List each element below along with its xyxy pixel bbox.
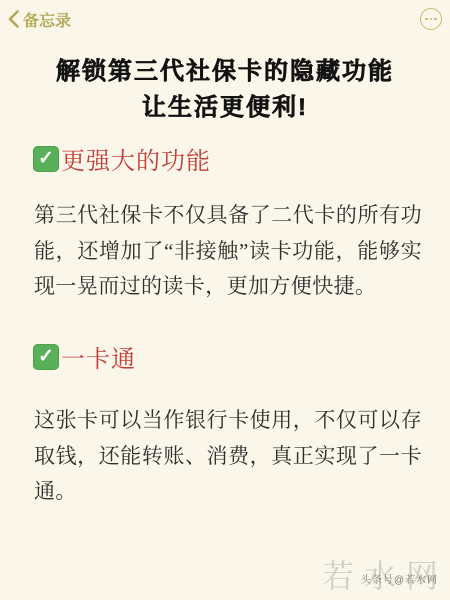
ellipsis-more-icon — [425, 18, 437, 21]
note-title-line2: 让生活更便利! — [0, 90, 450, 126]
section-heading-label: 更强大的功能 — [61, 141, 211, 176]
section-body-all-in-one-card: 这张卡可以当作银行卡使用，不仅可以存取钱，还能转账、消费，真正实现了一卡通。 — [34, 403, 422, 510]
note-title: 解锁第三代社保卡的隐藏功能 让生活更便利! — [0, 54, 450, 126]
nav-bar: 备忘录 — [8, 6, 442, 32]
back-button[interactable]: 备忘录 — [8, 8, 71, 31]
checkmark-icon: ✓ — [33, 344, 59, 370]
section-body-features: 第三代社保卡不仅具备了二代卡的所有功能，还增加了“非接触”读卡功能，能够实现一晃… — [34, 198, 422, 305]
more-button[interactable] — [420, 8, 442, 30]
back-button-label: 备忘录 — [23, 8, 71, 31]
section-heading-features: ✓ 更强大的功能 — [33, 141, 211, 176]
chevron-left-icon — [8, 10, 19, 28]
watermark-small: 头条号@若水网 — [361, 571, 438, 586]
section-heading-all-in-one-card: ✓ 一卡通 — [33, 339, 136, 374]
note-title-line1: 解锁第三代社保卡的隐藏功能 — [0, 54, 450, 90]
checkmark-icon: ✓ — [33, 146, 59, 172]
section-heading-label: 一卡通 — [61, 339, 136, 374]
